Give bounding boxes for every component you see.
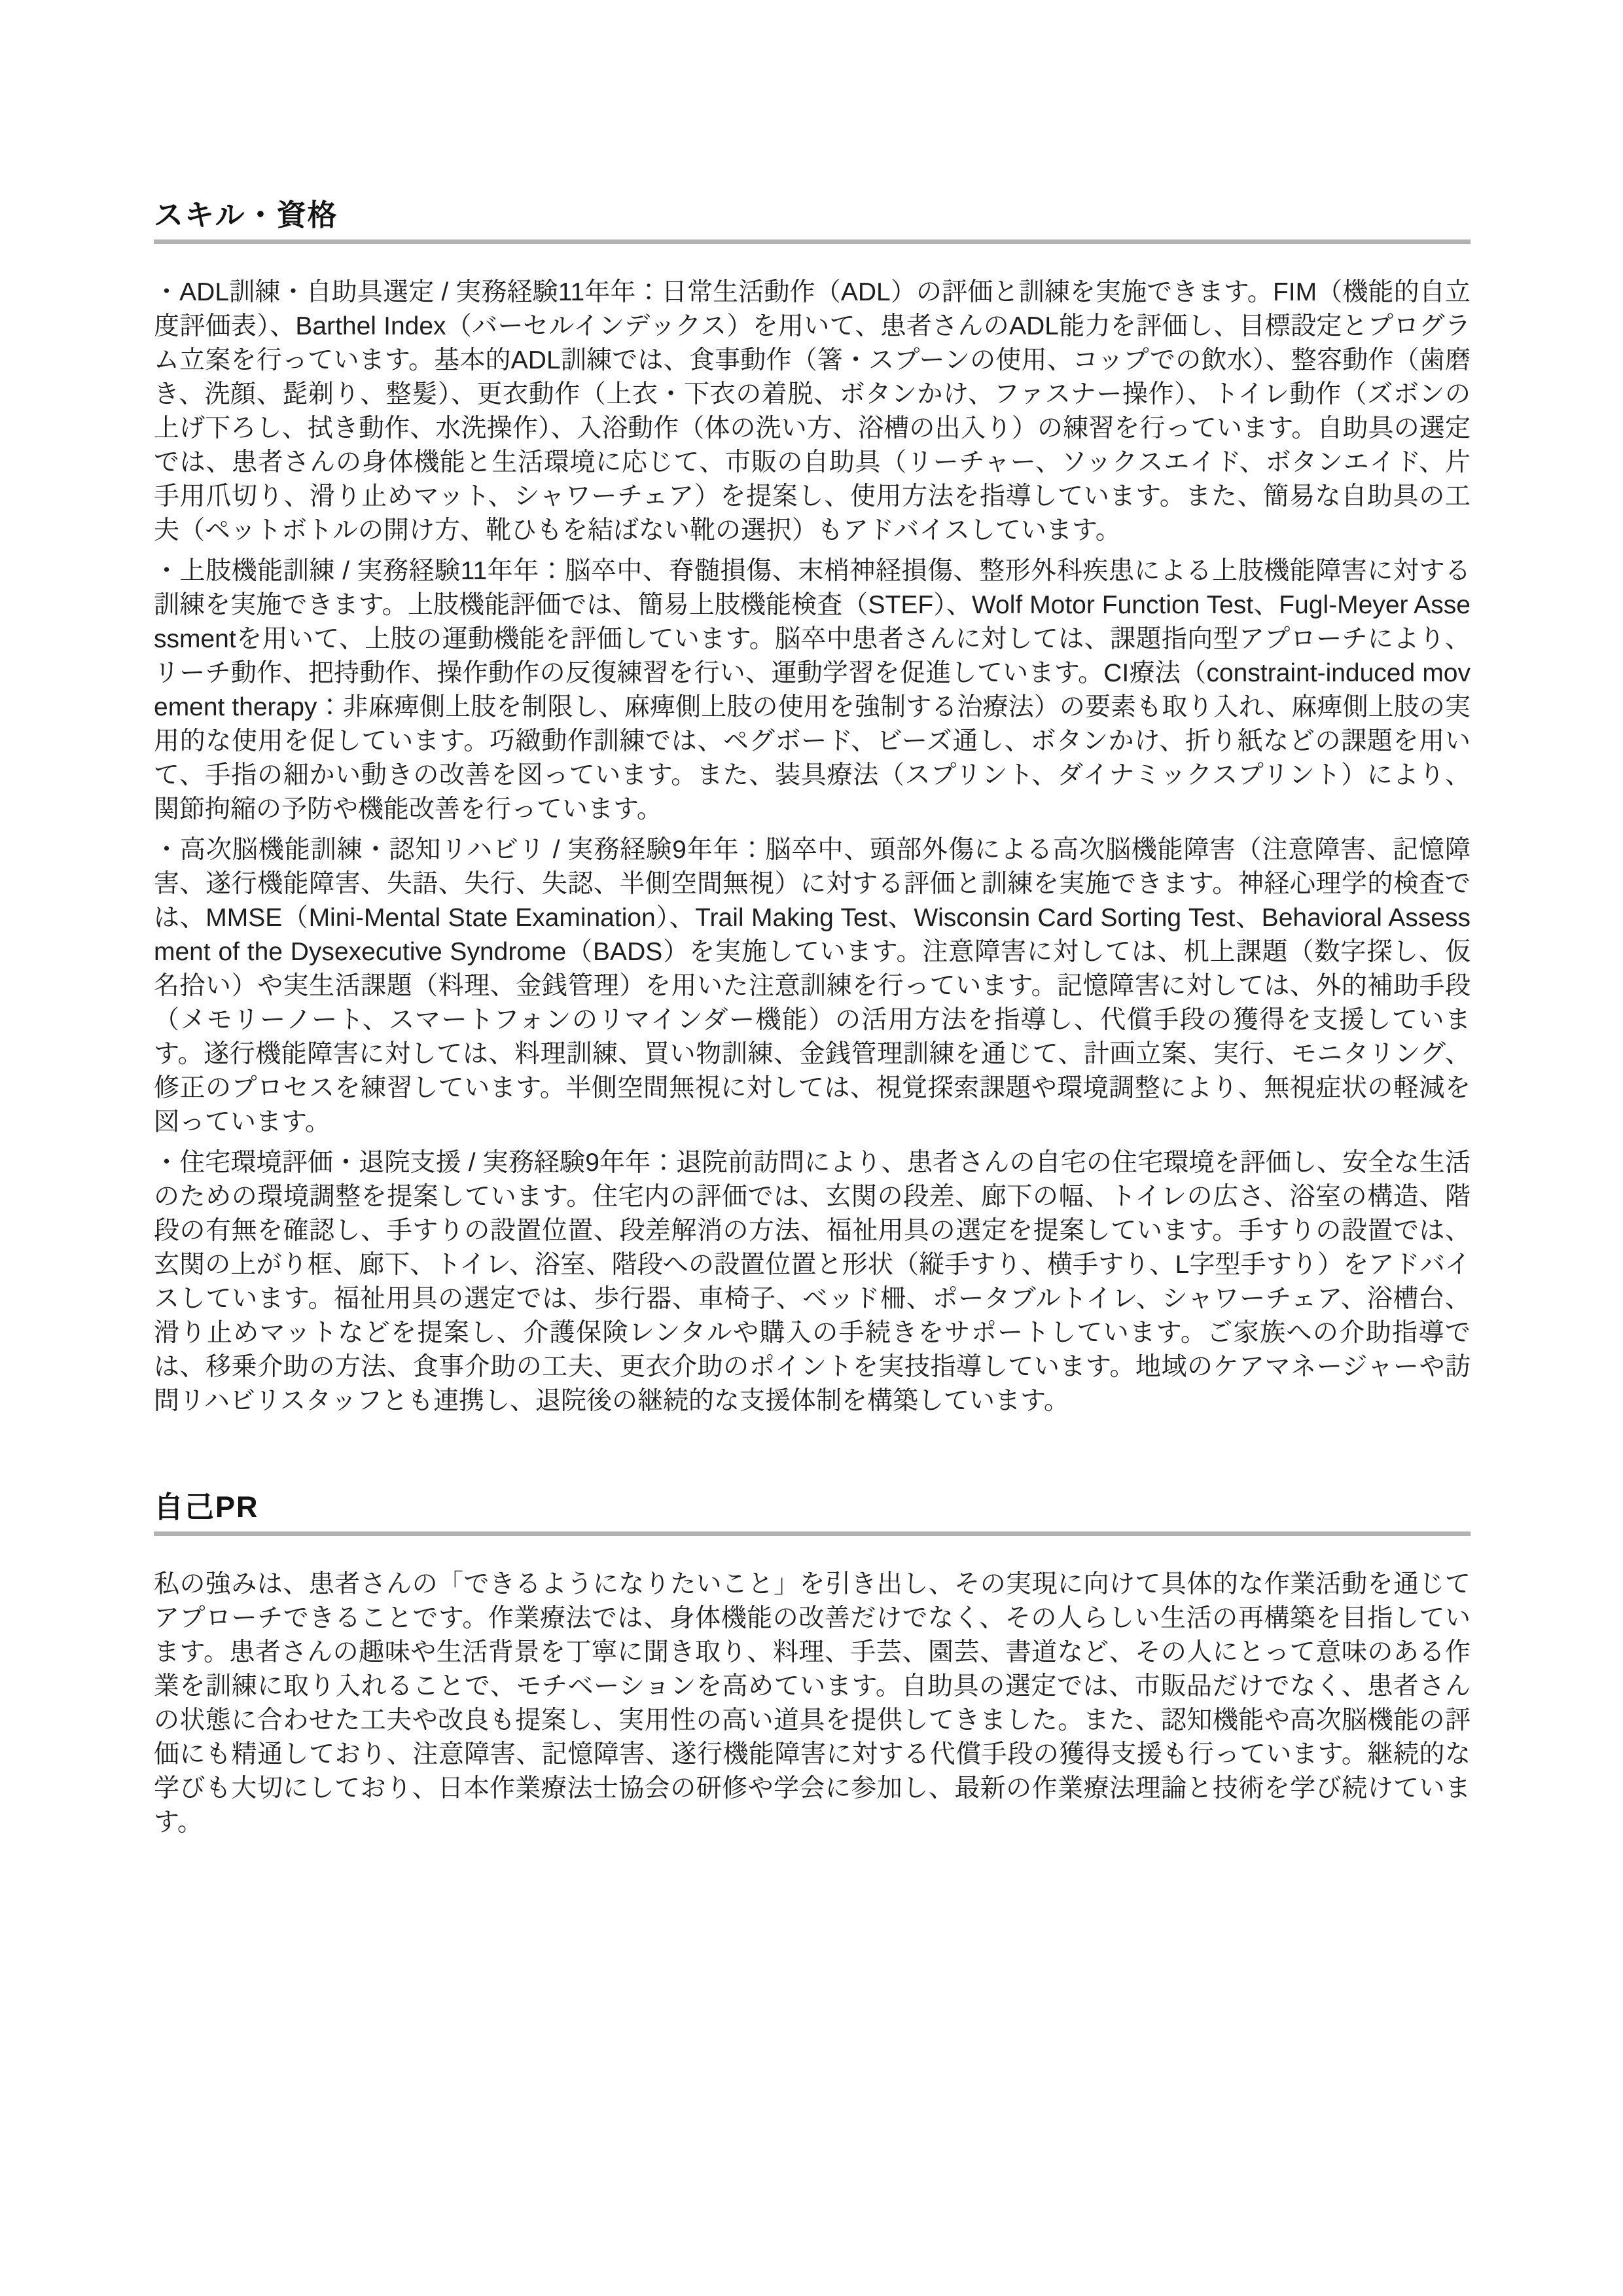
skills-section-body: ・ADL訓練・自助具選定 / 実務経験11年年：日常生活動作（ADL）の評価と訓… [154,276,1471,1418]
skills-paragraph-cognitive: ・高次脳機能訓練・認知リハビリ / 実務経験9年年：脳卒中、頭部外傷による高次脳… [154,833,1471,1139]
self-pr-section-body: 私の強みは、患者さんの「できるようになりたいこと」を引き出し、その実現に向けて具… [154,1568,1471,1840]
skills-section-title: スキル・資格 [154,200,1471,230]
self-pr-section-title: 自己PR [154,1492,1471,1522]
self-pr-paragraph: 私の強みは、患者さんの「できるようになりたいこと」を引き出し、その実現に向けて具… [154,1568,1471,1840]
section-divider [154,240,1471,244]
skills-paragraph-upper-limb: ・上肢機能訓練 / 実務経験11年年：脳卒中、脊髄損傷、末梢神経損傷、整形外科疾… [154,554,1471,827]
skills-paragraph-adl: ・ADL訓練・自助具選定 / 実務経験11年年：日常生活動作（ADL）の評価と訓… [154,276,1471,548]
skills-section: スキル・資格 ・ADL訓練・自助具選定 / 実務経験11年年：日常生活動作（AD… [154,200,1471,1418]
skills-paragraph-home-environment: ・住宅環境評価・退院支援 / 実務経験9年年：退院前訪問により、患者さんの自宅の… [154,1146,1471,1418]
section-divider [154,1532,1471,1536]
self-pr-section: 自己PR 私の強みは、患者さんの「できるようになりたいこと」を引き出し、その実現… [154,1492,1471,1840]
resume-document: スキル・資格 ・ADL訓練・自助具選定 / 実務経験11年年：日常生活動作（AD… [154,0,1471,1840]
